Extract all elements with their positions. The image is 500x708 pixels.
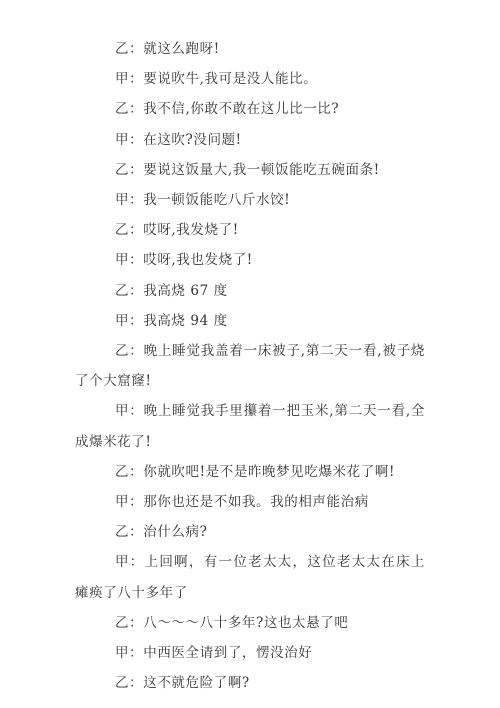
dialogue-line: 甲：上回啊，有一位老太太，这位老太太在床上瘫痪了八十多年了 — [75, 547, 425, 607]
dialogue-line: 甲：哎呀,我也发烧了! — [75, 245, 425, 275]
speaker-label: 乙 — [115, 675, 129, 691]
speaker-label: 甲 — [115, 554, 130, 570]
speaker-separator: ： — [129, 645, 143, 661]
speaker-label: 甲 — [115, 132, 129, 148]
document-page: 乙：就这么跑呀! 甲：要说吹牛,我可是没人能比。 乙：我不信,你敢不敢在这儿比一… — [75, 34, 425, 698]
speaker-separator: ： — [129, 403, 143, 419]
dialogue-line: 甲：要说吹牛,我可是没人能比。 — [75, 64, 425, 94]
speaker-separator: ： — [129, 615, 143, 631]
speaker-separator: ： — [129, 162, 143, 178]
speaker-separator: ： — [129, 101, 143, 117]
dialogue-text: 哎呀,我也发烧了! — [143, 252, 253, 268]
speaker-separator: ： — [129, 524, 143, 540]
speaker-label: 甲 — [115, 192, 129, 208]
dialogue-line: 甲：在这吹?没问题! — [75, 125, 425, 155]
speaker-label: 乙 — [115, 343, 129, 359]
dialogue-text: 哎呀,我发烧了! — [143, 222, 239, 238]
dialogue-line: 乙：我高烧 67 度 — [75, 276, 425, 306]
speaker-separator: ： — [129, 313, 143, 329]
speaker-label: 乙 — [115, 464, 129, 480]
speaker-separator: ： — [129, 252, 143, 268]
dialogue-text: 中西医全请到了，愣没治好 — [143, 645, 312, 661]
speaker-separator: ： — [129, 222, 143, 238]
dialogue-text: 我高烧 67 度 — [143, 283, 228, 299]
speaker-label: 乙 — [115, 283, 129, 299]
speaker-label: 甲 — [115, 494, 129, 510]
dialogue-line: 乙：晚上睡觉我盖着一床被子,第二天一看,被子烧了个大窟窿! — [75, 336, 425, 396]
speaker-label: 乙 — [115, 222, 129, 238]
dialogue-line: 甲：那你也还是不如我。我的相声能治病 — [75, 487, 425, 517]
dialogue-line: 乙：治什么病? — [75, 517, 425, 547]
speaker-label: 甲 — [115, 645, 129, 661]
speaker-separator: ： — [130, 554, 145, 570]
speaker-separator: ： — [129, 343, 143, 359]
speaker-label: 甲 — [115, 403, 129, 419]
dialogue-text: 八～～～八十多年?这也太悬了吧 — [143, 615, 348, 631]
dialogue-text: 要说吹牛,我可是没人能比。 — [143, 71, 317, 87]
speaker-separator: ： — [129, 41, 143, 57]
dialogue-line: 甲：中西医全请到了，愣没治好 — [75, 638, 425, 668]
speaker-label: 甲 — [115, 313, 129, 329]
dialogue-line: 乙：哎呀,我发烧了! — [75, 215, 425, 245]
dialogue-text: 我不信,你敢不敢在这儿比一比? — [143, 101, 339, 117]
dialogue-line: 乙：八～～～八十多年?这也太悬了吧 — [75, 608, 425, 638]
speaker-label: 乙 — [115, 615, 129, 631]
dialogue-line: 乙：我不信,你敢不敢在这儿比一比? — [75, 94, 425, 124]
dialogue-text: 我一顿饭能吃八斤水饺! — [143, 192, 290, 208]
speaker-separator: ： — [129, 283, 143, 299]
dialogue-text: 治什么病? — [143, 524, 207, 540]
speaker-separator: ： — [129, 464, 143, 480]
speaker-label: 乙 — [115, 101, 129, 117]
speaker-label: 乙 — [115, 524, 129, 540]
dialogue-line: 乙：这不就危险了啊? — [75, 668, 425, 698]
dialogue-line: 甲：我高烧 94 度 — [75, 306, 425, 336]
dialogue-text: 你就吹吧!是不是昨晚梦见吃爆米花了啊! — [143, 464, 395, 480]
dialogue-line: 甲：晚上睡觉我手里攥着一把玉米,第二天一看,全成爆米花了! — [75, 396, 425, 456]
dialogue-line: 乙：就这么跑呀! — [75, 34, 425, 64]
dialogue-text: 就这么跑呀! — [143, 41, 220, 57]
dialogue-text: 在这吹?没问题! — [143, 132, 241, 148]
speaker-label: 乙 — [115, 162, 129, 178]
speaker-separator: ： — [129, 132, 143, 148]
dialogue-line: 乙：要说这饭量大,我一顿饭能吃五碗面条! — [75, 155, 425, 185]
dialogue-line: 乙：你就吹吧!是不是昨晚梦见吃爆米花了啊! — [75, 457, 425, 487]
dialogue-text: 我高烧 94 度 — [143, 313, 228, 329]
speaker-separator: ： — [129, 675, 143, 691]
speaker-separator: ： — [129, 192, 143, 208]
speaker-label: 甲 — [115, 252, 129, 268]
speaker-label: 乙 — [115, 41, 129, 57]
speaker-separator: ： — [129, 71, 143, 87]
dialogue-text: 那你也还是不如我。我的相声能治病 — [143, 494, 369, 510]
speaker-separator: ： — [129, 494, 143, 510]
dialogue-text: 这不就危险了啊? — [143, 675, 250, 691]
speaker-label: 甲 — [115, 71, 129, 87]
dialogue-line: 甲：我一顿饭能吃八斤水饺! — [75, 185, 425, 215]
dialogue-text: 要说这饭量大,我一顿饭能吃五碗面条! — [143, 162, 380, 178]
